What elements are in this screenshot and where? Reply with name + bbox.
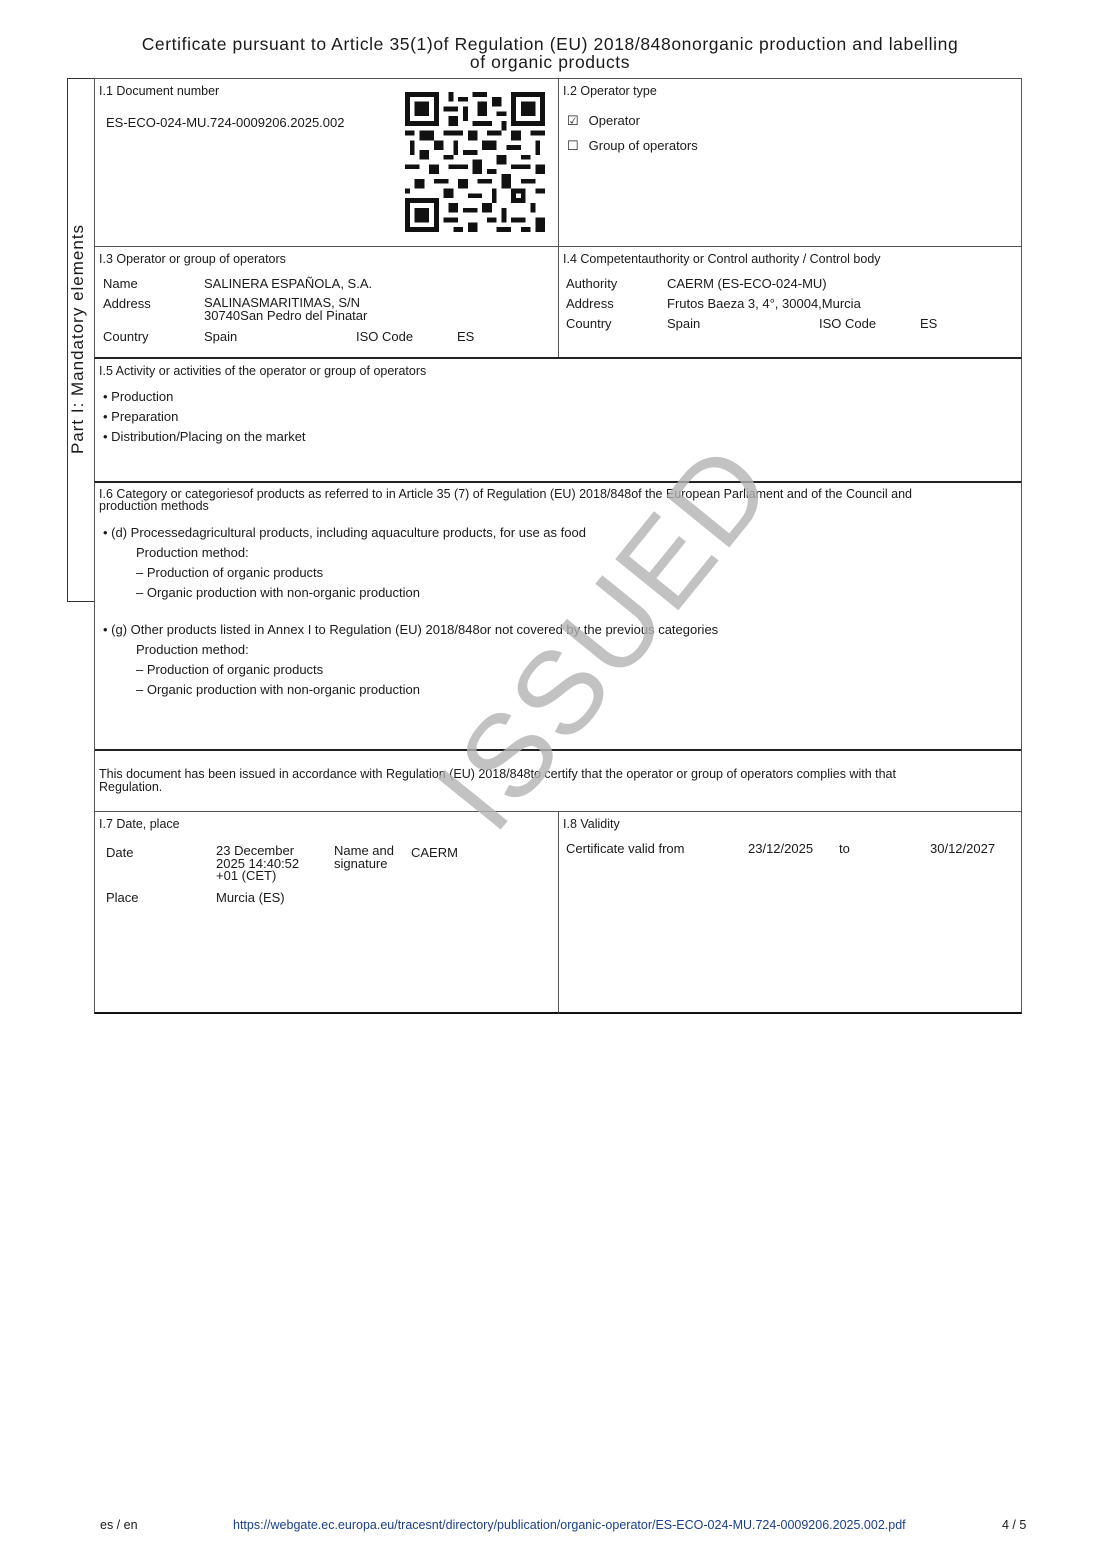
categories-header-line-1: I.6 Category or categoriesof products as… xyxy=(99,488,912,500)
footer-page-number: 4 / 5 xyxy=(1002,1518,1026,1532)
option-operator-label: Operator xyxy=(589,113,640,128)
activity-item: • Preparation xyxy=(103,409,178,424)
authority-country-label: Country xyxy=(566,316,612,331)
operator-address-value: SALINASMARITIMAS, S/N 30740San Pedro del… xyxy=(204,296,367,322)
place-label: Place xyxy=(106,890,139,905)
category-d-title: • (d) Processedagricultural products, in… xyxy=(103,525,586,540)
authority-country-value: Spain xyxy=(667,316,700,331)
valid-to-label: to xyxy=(839,841,850,856)
operator-name-label: Name xyxy=(103,276,138,291)
authority-address-label: Address xyxy=(566,296,614,311)
operator-address-line-2: 30740San Pedro del Pinatar xyxy=(204,309,367,322)
operator-country-value: Spain xyxy=(204,329,237,344)
operator-name-value: SALINERA ESPAÑOLA, S.A. xyxy=(204,276,372,291)
option-operator[interactable]: ☑ Operator xyxy=(567,113,640,129)
certificate-title: Certificate pursuant to Article 35(1)of … xyxy=(60,35,1040,71)
date-label: Date xyxy=(106,845,133,860)
signature-label-line-2: signature xyxy=(334,858,394,871)
valid-from-value: 23/12/2025 xyxy=(748,841,813,856)
authority-value: CAERM (ES-ECO-024-MU) xyxy=(667,276,827,291)
operator-type-header: I.2 Operator type xyxy=(563,84,657,98)
operator-iso-value: ES xyxy=(457,329,474,344)
signature-label: Name and signature xyxy=(334,845,394,870)
operator-header: I.3 Operator or group of operators xyxy=(99,252,286,266)
authority-header: I.4 Competentauthority or Control author… xyxy=(563,252,881,266)
authority-iso-value: ES xyxy=(920,316,937,331)
category-g-method: – Production of organic products xyxy=(136,662,323,677)
date-value: 23 December 2025 14:40:52 +01 (CET) xyxy=(216,845,299,883)
side-label-text: Part I: Mandatory elements xyxy=(68,139,88,539)
category-g-method: – Organic production with non-organic pr… xyxy=(136,682,420,697)
footer-url-link[interactable]: https://webgate.ec.europa.eu/tracesnt/di… xyxy=(233,1518,906,1532)
document-number-value: ES-ECO-024-MU.724-0009206.2025.002 xyxy=(106,115,344,130)
operator-address-label: Address xyxy=(103,296,151,311)
option-group-of-operators[interactable]: ☐ Group of operators xyxy=(567,138,698,154)
qr-code-icon[interactable] xyxy=(405,92,545,232)
category-d-method: – Production of organic products xyxy=(136,565,323,580)
authority-address-value: Frutos Baeza 3, 4°, 30004,Murcia xyxy=(667,296,861,311)
category-d-method: – Organic production with non-organic pr… xyxy=(136,585,420,600)
title-line-2: of organic products xyxy=(60,53,1040,71)
category-d-method-label: Production method: xyxy=(136,545,249,560)
signature-value: CAERM xyxy=(411,845,458,860)
statement-line-2: Regulation. xyxy=(99,781,896,794)
title-line-1: Certificate pursuant to Article 35(1)of … xyxy=(60,35,1040,53)
footer-url[interactable]: https://webgate.ec.europa.eu/tracesnt/di… xyxy=(233,1518,906,1532)
categories-header-line-2: production methods xyxy=(99,500,912,512)
valid-to-value: 30/12/2027 xyxy=(930,841,995,856)
part-one-side-label: Part I: Mandatory elements xyxy=(67,78,94,602)
section-operator: I.3 Operator or group of operators Name … xyxy=(94,246,559,358)
activities-header: I.5 Activity or activities of the operat… xyxy=(99,364,426,378)
categories-header: I.6 Category or categoriesof products as… xyxy=(99,488,912,512)
section-operator-type: I.2 Operator type ☑ Operator ☐ Group of … xyxy=(558,78,1022,247)
authority-label: Authority xyxy=(566,276,617,291)
option-group-label: Group of operators xyxy=(589,138,698,153)
section-activities: I.5 Activity or activities of the operat… xyxy=(94,357,1022,482)
checkbox-unchecked-icon[interactable]: ☐ xyxy=(567,138,585,154)
category-g-method-label: Production method: xyxy=(136,642,249,657)
statement-line-1: This document has been issued in accorda… xyxy=(99,768,896,781)
date-place-header: I.7 Date, place xyxy=(99,817,180,831)
category-g-title: • (g) Other products listed in Annex I t… xyxy=(103,622,718,637)
section-date-place: I.7 Date, place Date 23 December 2025 14… xyxy=(94,811,559,1014)
date-line-3: +01 (CET) xyxy=(216,870,299,883)
activity-item: • Production xyxy=(103,389,173,404)
activity-item: • Distribution/Placing on the market xyxy=(103,429,306,444)
section-competent-authority: I.4 Competentauthority or Control author… xyxy=(558,246,1022,358)
validity-header: I.8 Validity xyxy=(563,817,620,831)
valid-from-label: Certificate valid from xyxy=(566,841,684,856)
authority-iso-label: ISO Code xyxy=(819,316,876,331)
operator-iso-label: ISO Code xyxy=(356,329,413,344)
place-value: Murcia (ES) xyxy=(216,890,285,905)
footer-language: es / en xyxy=(100,1518,138,1532)
compliance-statement: This document has been issued in accorda… xyxy=(94,750,1022,812)
document-number-header: I.1 Document number xyxy=(99,84,219,98)
section-validity: I.8 Validity Certificate valid from 23/1… xyxy=(558,811,1022,1014)
operator-country-label: Country xyxy=(103,329,149,344)
statement-text: This document has been issued in accorda… xyxy=(99,768,896,794)
checkbox-checked-icon[interactable]: ☑ xyxy=(567,113,585,129)
section-product-categories: I.6 Category or categoriesof products as… xyxy=(94,481,1022,751)
